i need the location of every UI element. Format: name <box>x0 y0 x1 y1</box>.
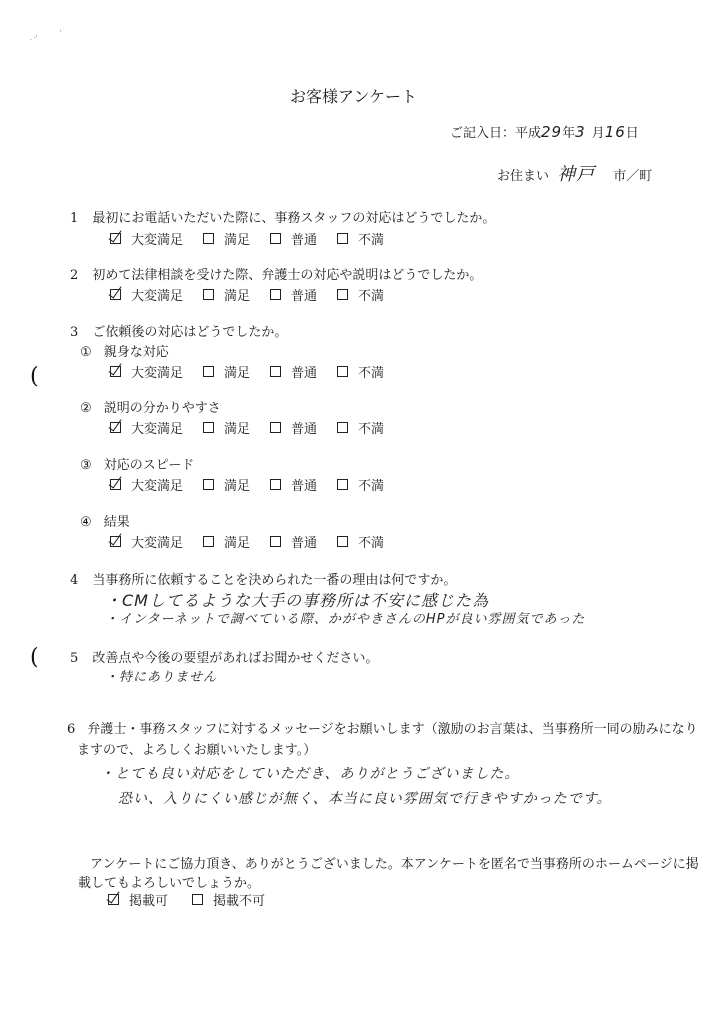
option-label: 不満 <box>358 285 384 304</box>
checkbox-checked-icon[interactable] <box>108 894 119 905</box>
option-label: 大変満足 <box>131 532 183 551</box>
option-dissatisfied[interactable]: 不満 <box>337 475 384 494</box>
option-label: 不満 <box>358 229 384 248</box>
sub-number: ① <box>80 345 92 360</box>
option-label: 普通 <box>291 285 317 304</box>
checkbox-icon[interactable] <box>203 233 214 244</box>
option-satisfied[interactable]: 満足 <box>203 475 250 494</box>
option-very-satisfied[interactable]: 大変満足 <box>110 229 183 248</box>
option-label: 普通 <box>291 532 317 551</box>
option-label: 不満 <box>358 362 384 381</box>
consent-options: 掲載可 掲載不可 <box>108 890 285 909</box>
sub-question-4-options: 大変満足 満足 普通 不満 <box>110 532 404 551</box>
question-text: 当事務所に依頼することを決められた一番の理由は何ですか。 <box>92 573 456 588</box>
checkbox-icon[interactable] <box>203 422 214 433</box>
option-label: 満足 <box>224 418 250 437</box>
option-label: 大変満足 <box>131 229 183 248</box>
checkbox-icon[interactable] <box>337 422 348 433</box>
question-text: 弁護士・事務スタッフに対するメッセージをお願いします（激励のお言葉は、当事務所一… <box>87 722 697 737</box>
option-label: 大変満足 <box>131 418 183 437</box>
sub-question-4: ④ 結果 <box>80 511 130 530</box>
option-neutral[interactable]: 普通 <box>270 475 317 494</box>
address-label: お住まい <box>497 169 549 184</box>
option-publish-no[interactable]: 掲載不可 <box>192 890 265 909</box>
option-dissatisfied[interactable]: 不満 <box>337 362 384 381</box>
checkbox-icon[interactable] <box>203 479 214 490</box>
date-day: 16 <box>605 123 626 141</box>
sub-question-2: ② 説明の分かりやすさ <box>80 397 221 416</box>
checkbox-icon[interactable] <box>337 479 348 490</box>
checkbox-icon[interactable] <box>337 289 348 300</box>
option-label: 大変満足 <box>131 285 183 304</box>
sub-question-3-options: 大変満足 満足 普通 不満 <box>110 475 404 494</box>
day-suffix: 日 <box>626 126 639 141</box>
option-label: 不満 <box>358 475 384 494</box>
checkbox-icon[interactable] <box>270 366 281 377</box>
sub-question-3: ③ 対応のスピード <box>80 454 194 473</box>
checkbox-icon[interactable] <box>270 536 281 547</box>
option-label: 満足 <box>224 532 250 551</box>
option-neutral[interactable]: 普通 <box>270 362 317 381</box>
option-publish-ok[interactable]: 掲載可 <box>108 890 168 909</box>
sub-text: 対応のスピード <box>104 458 194 473</box>
question-text: 改善点や今後の要望があればお聞かせください。 <box>92 651 378 666</box>
handwritten-answer: ・インターネットで調べている際、かがやきさんのHPが良い雰囲気であった <box>105 608 585 627</box>
entry-date: ご記入日：平成29年3月16日 <box>450 122 639 141</box>
question-3: 3 ご依頼後の対応はどうでしたか。 <box>70 321 287 340</box>
question-text: 初めて法律相談を受けた際、弁護士の対応や説明はどうでしたか。 <box>92 268 482 283</box>
option-label: 普通 <box>291 229 317 248</box>
question-number: 1 <box>70 211 78 226</box>
option-dissatisfied[interactable]: 不満 <box>337 229 384 248</box>
question-number: 5 <box>70 651 78 666</box>
margin-mark: ( <box>30 645 39 670</box>
scan-speck: . ·' <box>30 35 37 42</box>
option-very-satisfied[interactable]: 大変満足 <box>110 285 183 304</box>
option-label: 掲載可 <box>129 890 168 909</box>
month-suffix: 月 <box>592 126 605 141</box>
margin-mark: ( <box>30 364 39 389</box>
question-2: 2 初めて法律相談を受けた際、弁護士の対応や説明はどうでしたか。 <box>70 264 482 283</box>
checkbox-icon[interactable] <box>203 289 214 300</box>
option-label: 満足 <box>224 475 250 494</box>
checkbox-checked-icon[interactable] <box>110 289 121 300</box>
handwritten-answer: ・特にありません <box>105 666 217 685</box>
sub-text: 親身な対応 <box>104 345 169 360</box>
date-month: 3 <box>575 123 586 141</box>
option-very-satisfied[interactable]: 大変満足 <box>110 362 183 381</box>
question-text: ご依頼後の対応はどうでしたか。 <box>92 325 287 340</box>
address-value: 神戸 <box>557 164 595 185</box>
page-title: お客様アンケート <box>290 84 417 107</box>
option-label: 大変満足 <box>131 475 183 494</box>
question-text: 最初にお電話いただいた際に、事務スタッフの対応はどうでしたか。 <box>92 211 495 226</box>
checkbox-checked-icon[interactable] <box>110 233 121 244</box>
option-dissatisfied[interactable]: 不満 <box>337 532 384 551</box>
checkbox-icon[interactable] <box>203 536 214 547</box>
option-neutral[interactable]: 普通 <box>270 229 317 248</box>
checkbox-checked-icon[interactable] <box>110 422 121 433</box>
option-neutral[interactable]: 普通 <box>270 285 317 304</box>
scan-speck: ' <box>60 30 62 37</box>
option-very-satisfied[interactable]: 大変満足 <box>110 475 183 494</box>
option-very-satisfied[interactable]: 大変満足 <box>110 418 183 437</box>
question-1: 1 最初にお電話いただいた際に、事務スタッフの対応はどうでしたか。 <box>70 207 495 226</box>
sub-question-1-options: 大変満足 満足 普通 不満 <box>110 362 404 381</box>
checkbox-checked-icon[interactable] <box>110 536 121 547</box>
option-very-satisfied[interactable]: 大変満足 <box>110 532 183 551</box>
sub-question-1: ① 親身な対応 <box>80 341 169 360</box>
checkbox-icon[interactable] <box>337 366 348 377</box>
option-label: 不満 <box>358 418 384 437</box>
question-6-line2: ますので、よろしくお願いいたします。） <box>77 739 316 758</box>
option-label: 満足 <box>224 229 250 248</box>
checkbox-icon[interactable] <box>270 233 281 244</box>
option-label: 掲載不可 <box>213 890 265 909</box>
sub-text: 説明の分かりやすさ <box>104 401 221 416</box>
option-label: 普通 <box>291 418 317 437</box>
option-label: 普通 <box>291 362 317 381</box>
checkbox-icon[interactable] <box>270 289 281 300</box>
handwritten-answer: 恐い、入りにくい感じが無く、本当に良い雰囲気で行きやすかったです。 <box>118 788 612 808</box>
sub-number: ② <box>80 401 92 416</box>
option-satisfied[interactable]: 満足 <box>203 285 250 304</box>
option-neutral[interactable]: 普通 <box>270 532 317 551</box>
date-year: 29 <box>541 123 562 141</box>
question-1-options: 大変満足 満足 普通 不満 <box>110 229 404 248</box>
question-4: 4 当事務所に依頼することを決められた一番の理由は何ですか。 <box>70 569 456 588</box>
checkbox-icon[interactable] <box>192 894 203 905</box>
checkbox-icon[interactable] <box>337 536 348 547</box>
option-satisfied[interactable]: 満足 <box>203 532 250 551</box>
option-satisfied[interactable]: 満足 <box>203 362 250 381</box>
question-6: 6 弁護士・事務スタッフに対するメッセージをお願いします（激励のお言葉は、当事務… <box>67 718 698 737</box>
checkbox-checked-icon[interactable] <box>110 479 121 490</box>
address: お住まい 神戸 市／町 <box>497 160 652 186</box>
checkbox-icon[interactable] <box>270 479 281 490</box>
question-number: 6 <box>67 722 75 737</box>
option-label: 普通 <box>291 475 317 494</box>
year-suffix: 年 <box>562 126 575 141</box>
checkbox-checked-icon[interactable] <box>110 366 121 377</box>
option-label: 満足 <box>224 362 250 381</box>
option-dissatisfied[interactable]: 不満 <box>337 418 384 437</box>
option-label: 不満 <box>358 532 384 551</box>
question-number: 4 <box>70 573 78 588</box>
option-satisfied[interactable]: 満足 <box>203 229 250 248</box>
option-label: 大変満足 <box>131 362 183 381</box>
question-number: 3 <box>70 325 78 340</box>
consent-text-line2: 載してもよろしいでしょうか。 <box>78 872 260 891</box>
sub-question-2-options: 大変満足 満足 普通 不満 <box>110 418 404 437</box>
handwritten-answer: ・とても良い対応をしていただき、ありがとうございました。 <box>100 763 519 783</box>
sub-number: ④ <box>80 515 92 530</box>
question-number: 2 <box>70 268 78 283</box>
option-dissatisfied[interactable]: 不満 <box>337 285 384 304</box>
question-2-options: 大変満足 満足 普通 不満 <box>110 285 404 304</box>
sub-text: 結果 <box>104 515 130 530</box>
option-satisfied[interactable]: 満足 <box>203 418 250 437</box>
consent-text-line1: アンケートにご協力頂き、ありがとうございました。本アンケートを匿名で当事務所のホ… <box>90 853 699 872</box>
question-5: 5 改善点や今後の要望があればお聞かせください。 <box>70 647 378 666</box>
checkbox-icon[interactable] <box>337 233 348 244</box>
checkbox-icon[interactable] <box>203 366 214 377</box>
option-label: 満足 <box>224 285 250 304</box>
address-suffix: 市／町 <box>613 169 652 184</box>
option-neutral[interactable]: 普通 <box>270 418 317 437</box>
date-label: ご記入日：平成 <box>450 126 541 141</box>
sub-number: ③ <box>80 458 92 473</box>
checkbox-icon[interactable] <box>270 422 281 433</box>
